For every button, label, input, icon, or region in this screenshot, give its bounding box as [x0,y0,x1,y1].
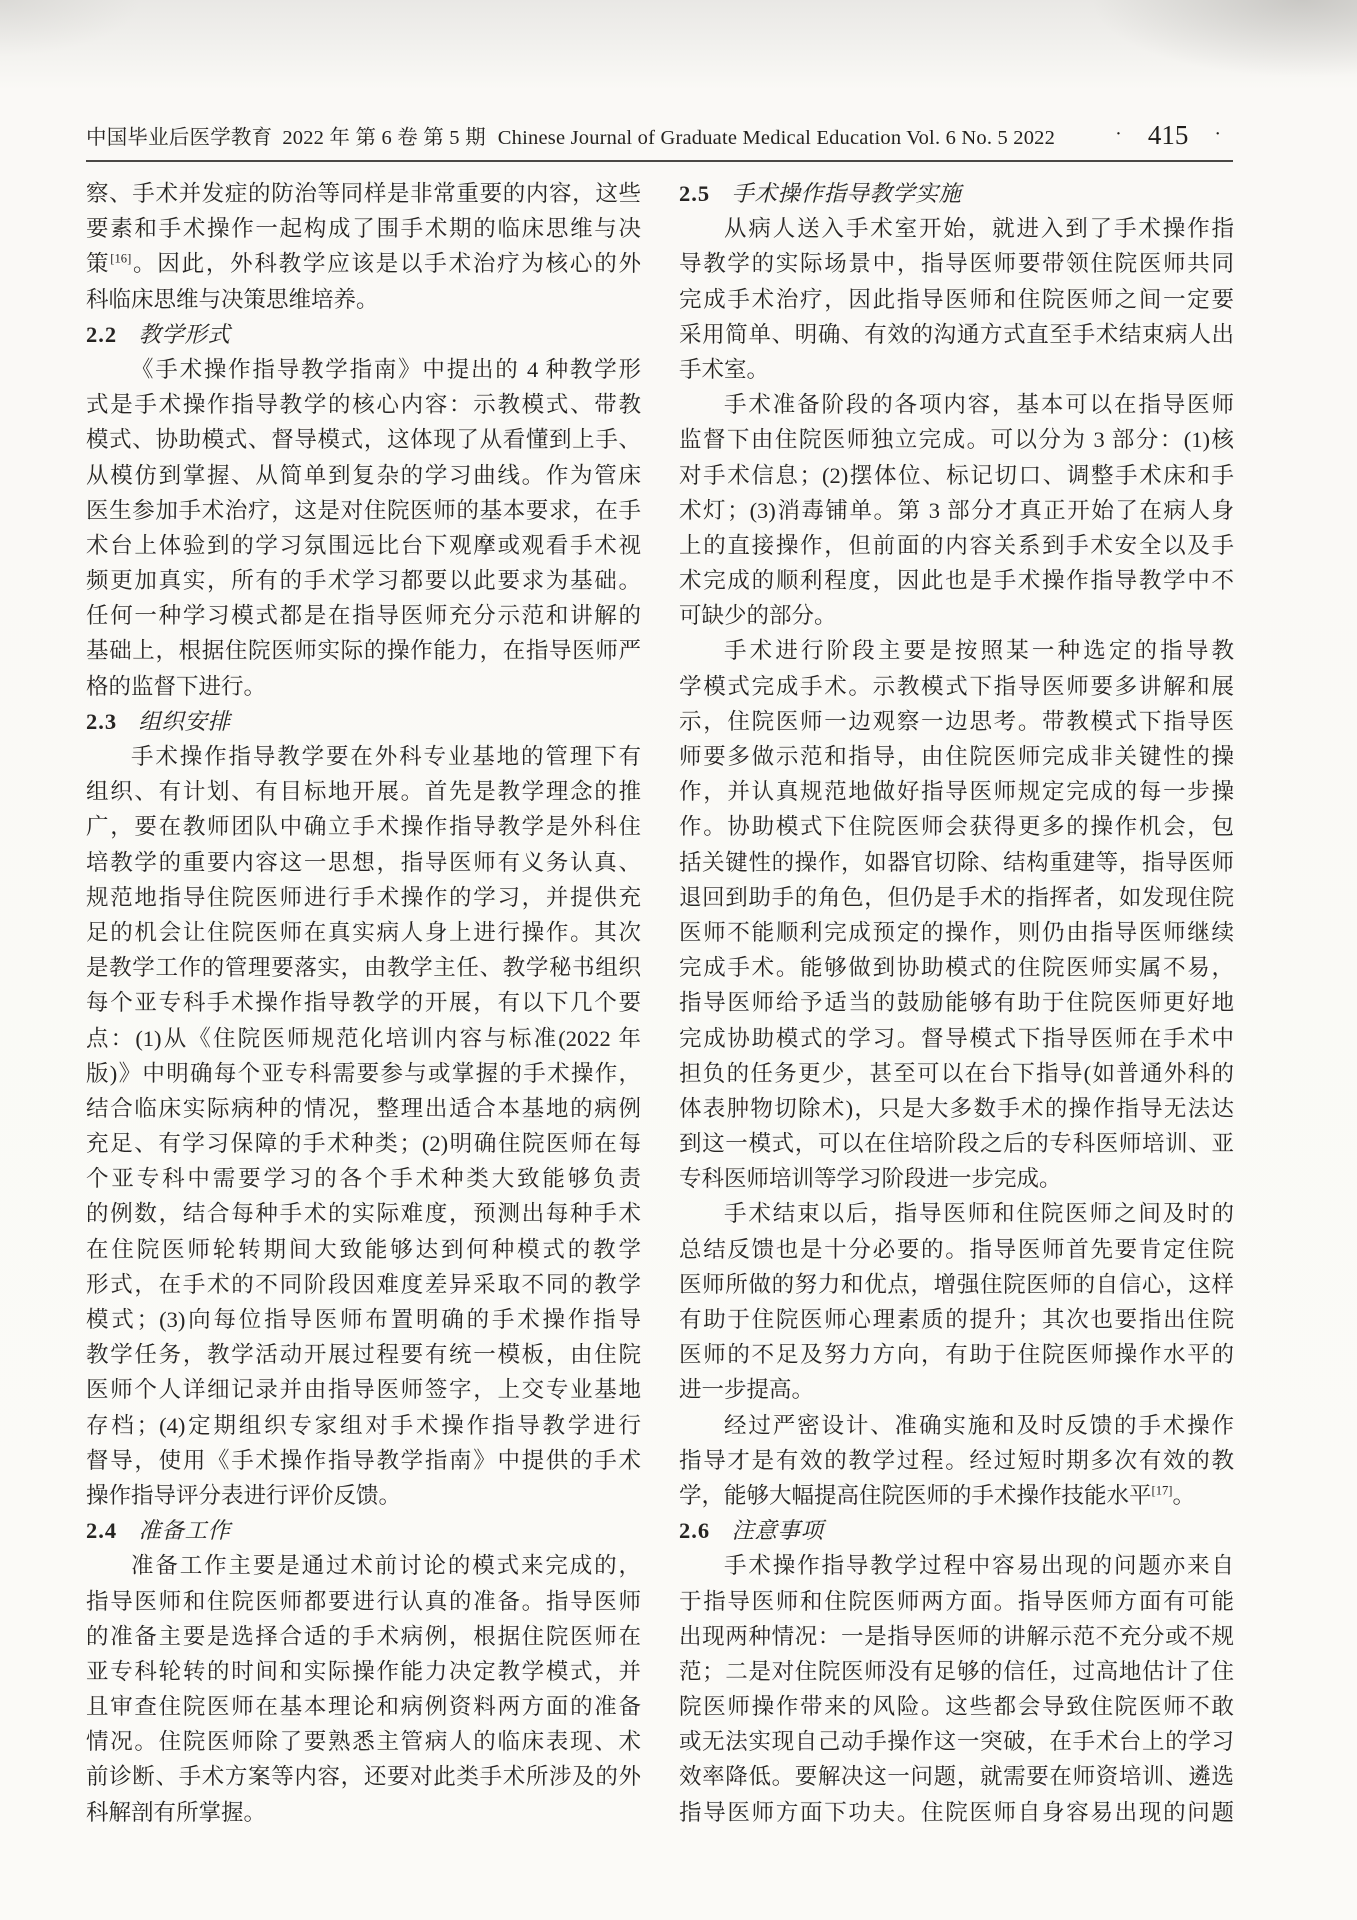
text-line: 括关键性的操作，如器官切除、结构重建等，指导医师 [679,845,1234,880]
text-line: 学模式完成手术。示教模式下指导医师要多讲解和展 [679,669,1234,704]
text-line: 模式；(3)向每位指导医师布置明确的手术操作指导 [86,1302,641,1337]
text-line: 从模仿到掌握、从简单到复杂的学习曲线。作为管床 [86,458,641,493]
text-line: 手术室。 [679,352,1234,387]
text-line: 指导医师方面下功夫。住院医师自身容易出现的问题 [679,1795,1234,1830]
text-line: 版)》中明确每个亚专科需要参与或掌握的手术操作， [86,1056,641,1091]
journal-issue-cn: 2022 年 第 6 卷 第 5 期 [282,127,485,149]
section-heading: 2.4准备工作 [86,1513,641,1548]
text-line: 手术进行阶段主要是按照某一种选定的指导教 [679,633,1234,668]
text-line: 医师个人详细记录并由指导医师签字，上交专业基地 [86,1372,641,1407]
text-line: 在住院医师轮转期间大致能够达到何种模式的教学 [86,1232,641,1267]
text-line: 采用简单、明确、有效的沟通方式直至手术结束病人出 [679,317,1234,352]
section-number: 2.4 [86,1518,117,1543]
text-line: 院医师操作带来的风险。这些都会导致住院医师不敢 [679,1689,1234,1724]
section-heading: 2.3组织安排 [86,704,641,739]
header-divider [86,160,1233,162]
text-line: 退回到助手的角色，但仍是手术的指挥者，如发现住院 [679,880,1234,915]
text-line: 结合临床实际病种的情况，整理出适合本基地的病例 [86,1091,641,1126]
text-line: 从病人送入手术室开始，就进入到了手术操作指 [679,211,1234,246]
text-line: 频更加真实，所有的手术学习都要以此要求为基础。 [86,563,641,598]
text-line: 的例数，结合每种手术的实际难度，预测出每种手术 [86,1196,641,1231]
section-number: 2.5 [679,181,710,206]
text-line: 指导才是有效的教学过程。经过短时期多次有效的教 [679,1443,1234,1478]
text-line: 完成手术治疗，因此指导医师和住院医师之间一定要 [679,282,1234,317]
text-line: 手术操作指导教学要在外科专业基地的管理下有 [86,739,641,774]
text-line: 策[16]。因此，外科教学应该是以手术治疗为核心的外 [86,246,641,281]
text-line: 监督下由住院医师独立完成。可以分为 3 部分：(1)核 [679,422,1234,457]
text-line: 效率降低。要解决这一问题，就需要在师资培训、遴选 [679,1759,1234,1794]
text-line: 完成手术。能够做到协助模式的住院医师实属不易， [679,950,1234,985]
section-title: 手术操作指导教学实施 [732,181,962,206]
text-line: 亚专科轮转的时间和实际操作能力决定教学模式，并 [86,1654,641,1689]
text-line: 术完成的顺利程度，因此也是手术操作指导教学中不 [679,563,1234,598]
text-line: 是教学工作的管理要落实，由教学主任、教学秘书组织 [86,950,641,985]
text-line: 医师的不足及努力方向，有助于住院医师操作水平的 [679,1337,1234,1372]
text-line: 手术准备阶段的各项内容，基本可以在指导医师 [679,387,1234,422]
text-line: 情况。住院医师除了要熟悉主管病人的临床表现、术 [86,1724,641,1759]
section-number: 2.3 [86,709,117,734]
section-heading: 2.5手术操作指导教学实施 [679,176,1234,211]
text-line: 操作指导评分表进行评价反馈。 [86,1478,641,1513]
text-line: 规范地指导住院医师进行手术操作的学习，并提供充 [86,880,641,915]
text-line: 师要多做示范和指导，由住院医师完成非关键性的操 [679,739,1234,774]
text-line: 任何一种学习模式都是在指导医师充分示范和讲解的 [86,598,641,633]
right-column: 2.5手术操作指导教学实施从病人送入手术室开始，就进入到了手术操作指导教学的实际… [679,176,1234,1830]
text-line: 察、手术并发症的防治等同样是非常重要的内容，这些 [86,176,641,211]
text-line: 指导医师给予适当的鼓励能够有助于住院医师更好地 [679,985,1234,1020]
text-line: 科临床思维与决策思维培养。 [86,282,641,317]
text-line: 有助于住院医师心理素质的提升；其次也要指出住院 [679,1302,1234,1337]
text-line: 可缺少的部分。 [679,598,1234,633]
text-line: 指导医师和住院医师都要进行认真的准备。指导医师 [86,1584,641,1619]
page-header: 中国毕业后医学教育2022 年 第 6 卷 第 5 期Chinese Journ… [86,120,1247,152]
section-heading: 2.2教学形式 [86,317,641,352]
journal-name-cn: 中国毕业后医学教育 [86,127,272,149]
text-line: 培教学的重要内容这一思想，指导医师有义务认真、 [86,845,641,880]
page-number-value: 415 [1148,120,1189,151]
section-number: 2.6 [679,1518,710,1543]
text-line: 前诊断、手术方案等内容，还要对此类手术所涉及的外 [86,1759,641,1794]
section-title: 准备工作 [139,1518,231,1543]
text-line: 督导，使用《手术操作指导教学指南》中提供的手术 [86,1443,641,1478]
journal-title: 中国毕业后医学教育2022 年 第 6 卷 第 5 期Chinese Journ… [86,120,1055,150]
text-line: 体表肿物切除术)，只是大多数手术的操作指导无法达 [679,1091,1234,1126]
text-line: 医师所做的努力和优点，增强住院医师的自信心，这样 [679,1267,1234,1302]
text-line: 科解剖有所掌握。 [86,1795,641,1830]
text-line: 模式、协助模式、督导模式，这体现了从看懂到上手、 [86,422,641,457]
text-line: 要素和手术操作一起构成了围手术期的临床思维与决 [86,211,641,246]
text-line: 的准备主要是选择合适的手术病例，根据住院医师在 [86,1619,641,1654]
text-line: 作，并认真规范地做好指导医师规定完成的每一步操 [679,774,1234,809]
text-line: 经过严密设计、准确实施和及时反馈的手术操作 [679,1408,1234,1443]
page-number-dot-right: · [1214,123,1221,146]
text-line: 基础上，根据住院医师实际的操作能力，在指导医师严 [86,633,641,668]
text-line: 手术操作指导教学过程中容易出现的问题亦来自 [679,1548,1234,1583]
text-line: 术台上体验到的学习氛围远比台下观摩或观看手术视 [86,528,641,563]
text-line: 点：(1)从《住院医师规范化培训内容与标准(2022 年 [86,1021,641,1056]
text-line: 担负的任务更少，甚至可以在台下指导(如普通外科的 [679,1056,1234,1091]
text-line: 广，要在教师团队中确立手术操作指导教学是外科住 [86,809,641,844]
text-line: 个亚专科中需要学习的各个手术种类大致能够负责 [86,1161,641,1196]
journal-name-en: Chinese Journal of Graduate Medical Educ… [498,127,1055,149]
text-line: 导教学的实际场景中，指导医师要带领住院医师共同 [679,246,1234,281]
section-title: 注意事项 [732,1518,824,1543]
text-line: 专科医师培训等学习阶段进一步完成。 [679,1161,1234,1196]
text-line: 手术结束以后，指导医师和住院医师之间及时的 [679,1196,1234,1231]
section-number: 2.2 [86,322,117,347]
text-line: 上的直接操作，但前面的内容关系到手术安全以及手 [679,528,1234,563]
text-line: 医师不能顺利完成预定的操作，则仍由指导医师继续 [679,915,1234,950]
text-line: 存档；(4)定期组织专家组对手术操作指导教学进行 [86,1408,641,1443]
text-line: 准备工作主要是通过术前讨论的模式来完成的， [86,1548,641,1583]
text-line: 医生参加手术治疗，这是对住院医师的基本要求，在手 [86,493,641,528]
page-number: · 415 · [1089,120,1247,151]
text-line: 学，能够大幅提高住院医师的手术操作技能水平[17]。 [679,1478,1234,1513]
reference-superscript: [16] [110,252,131,266]
journal-page: 中国毕业后医学教育2022 年 第 6 卷 第 5 期Chinese Journ… [0,0,1357,1920]
page-number-dot-left: · [1115,123,1122,146]
left-column: 察、手术并发症的防治等同样是非常重要的内容，这些要素和手术操作一起构成了围手术期… [86,176,641,1830]
text-line: 《手术操作指导教学指南》中提出的 4 种教学形 [86,352,641,387]
text-line: 作。协助模式下住院医师会获得更多的操作机会，包 [679,809,1234,844]
text-line: 格的监督下进行。 [86,669,641,704]
text-line: 每个亚专科手术操作指导教学的开展，有以下几个要 [86,985,641,1020]
text-line: 到这一模式，可以在住培阶段之后的专科医师培训、亚 [679,1126,1234,1161]
section-heading: 2.6注意事项 [679,1513,1234,1548]
text-line: 充足、有学习保障的手术种类；(2)明确住院医师在每 [86,1126,641,1161]
text-line: 出现两种情况：一是指导医师的讲解示范不充分或不规 [679,1619,1234,1654]
reference-superscript: [17] [1152,1483,1173,1497]
text-line: 足的机会让住院医师在真实病人身上进行操作。其次 [86,915,641,950]
section-title: 教学形式 [139,322,231,347]
text-line: 进一步提高。 [679,1372,1234,1407]
text-line: 总结反馈也是十分必要的。指导医师首先要肯定住院 [679,1232,1234,1267]
text-line: 完成协助模式的学习。督导模式下指导医师在手术中 [679,1021,1234,1056]
text-line: 于指导医师和住院医师两方面。指导医师方面有可能 [679,1584,1234,1619]
text-line: 术灯；(3)消毒铺单。第 3 部分才真正开始了在病人身 [679,493,1234,528]
text-line: 或无法实现自己动手操作这一突破，在手术台上的学习 [679,1724,1234,1759]
text-line: 教学任务，教学活动开展过程要有统一模板，由住院 [86,1337,641,1372]
text-line: 形式，在手术的不同阶段因难度差异采取不同的教学 [86,1267,641,1302]
text-line: 组织、有计划、有目标地开展。首先是教学理念的推 [86,774,641,809]
article-body: 察、手术并发症的防治等同样是非常重要的内容，这些要素和手术操作一起构成了围手术期… [86,176,1234,1830]
text-line: 对手术信息；(2)摆体位、标记切口、调整手术床和手 [679,458,1234,493]
text-line: 式是手术操作指导教学的核心内容：示教模式、带教 [86,387,641,422]
text-line: 示，住院医师一边观察一边思考。带教模式下指导医 [679,704,1234,739]
section-title: 组织安排 [139,709,231,734]
text-line: 且审查住院医师在基本理论和病例资料两方面的准备 [86,1689,641,1724]
text-line: 范；二是对住院医师没有足够的信任，过高地估计了住 [679,1654,1234,1689]
